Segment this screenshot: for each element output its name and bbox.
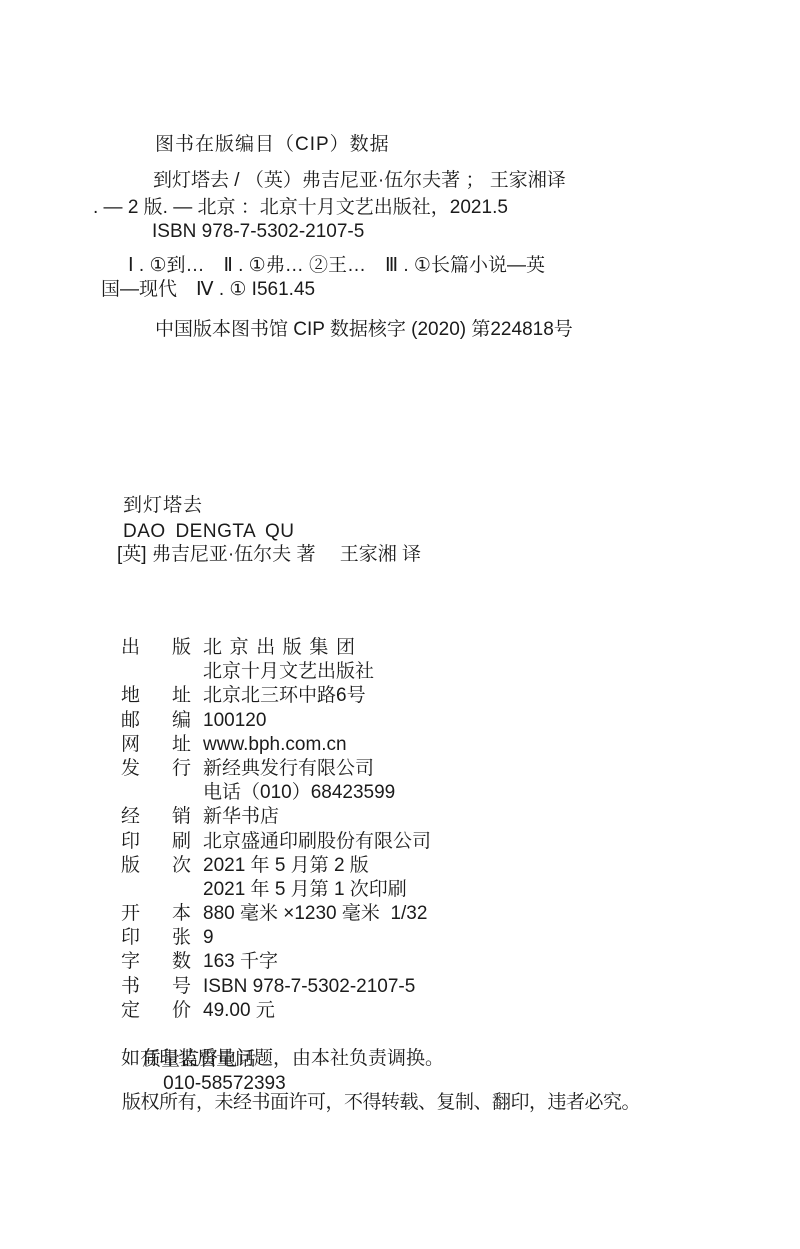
- colophon-value: ISBN 978-7-5302-2107-5: [203, 975, 415, 999]
- colophon-row: 书号 ISBN 978-7-5302-2107-5: [121, 975, 431, 999]
- cip-record-line-2: . — 2 版. — 北京 ：北京十月文艺出版社，2021.5: [93, 196, 508, 220]
- cip-heading: 图书在版编目（CIP）数据: [155, 133, 390, 157]
- colophon-value: 9: [203, 926, 214, 950]
- colophon-value: 新华书店: [203, 805, 279, 829]
- colophon-label: 网址: [121, 733, 191, 757]
- colophon-row: 定价 49.00 元: [121, 999, 431, 1023]
- cip-record-line-1: 到灯塔去 / （英）弗吉尼亚·伍尔夫著 ； 王家湘译: [153, 169, 566, 193]
- colophon-row: 印张 9: [121, 926, 431, 950]
- colophon-label: 开本: [121, 902, 191, 926]
- colophon-value: 880 毫米 ×1230 毫米 1/32: [203, 902, 427, 926]
- colophon-value: 北京北三环中路6号: [203, 684, 366, 708]
- book-title-pinyin: DAO DENGTA QU: [123, 520, 294, 544]
- copyright-notice: 版权所有，未经书面许可，不得转载、复制、翻印，违者必究。: [122, 1091, 640, 1115]
- colophon-value: 北京十月文艺出版社: [203, 660, 374, 684]
- colophon-label: 地址: [121, 684, 191, 708]
- colophon-row: 邮编 100120: [121, 709, 431, 733]
- colophon-label: 发行: [121, 757, 191, 781]
- colophon-row: 电话（010）68423599: [121, 781, 431, 805]
- book-title-cn: 到灯塔去: [123, 494, 203, 518]
- colophon-label: 版次: [121, 854, 191, 878]
- colophon-value: 49.00 元: [203, 999, 275, 1023]
- colophon-value: 100120: [203, 709, 266, 733]
- colophon-value: www.bph.com.cn: [203, 733, 347, 757]
- colophon-value: 电话（010）68423599: [203, 781, 395, 805]
- colophon-value: 163 千字: [203, 950, 278, 974]
- colophon-label: 字数: [121, 950, 191, 974]
- colophon-list: 出版 北京出版集团 北京十月文艺出版社 地址 北京北三环中路6号 邮编 1001…: [121, 636, 431, 1023]
- colophon-row: 印刷 北京盛通印刷股份有限公司: [121, 830, 431, 854]
- colophon-row: 地址 北京北三环中路6号: [121, 684, 431, 708]
- colophon-value: 新经典发行有限公司: [203, 757, 374, 781]
- colophon-label: 印张: [121, 926, 191, 950]
- colophon-value: 北京盛通印刷股份有限公司: [203, 830, 431, 854]
- colophon-label: 经销: [121, 805, 191, 829]
- cip-registry-line: 中国版本图书馆 CIP 数据核字 (2020) 第224818号: [155, 318, 573, 342]
- colophon-label: 邮编: [121, 709, 191, 733]
- colophon-row: 发行 新经典发行有限公司: [121, 757, 431, 781]
- copyright-page: 图书在版编目（CIP）数据 到灯塔去 / （英）弗吉尼亚·伍尔夫著 ； 王家湘译…: [0, 0, 800, 1249]
- colophon-row: 版次 2021 年 5 月第 2 版: [121, 854, 431, 878]
- colophon-label: 定价: [121, 999, 191, 1023]
- colophon-label: 出版: [121, 636, 191, 660]
- cip-isbn-line: ISBN 978-7-5302-2107-5: [152, 220, 364, 244]
- colophon-row: 经销 新华书店: [121, 805, 431, 829]
- colophon-label: 书号: [121, 975, 191, 999]
- colophon-row: 字数 163 千字: [121, 950, 431, 974]
- cip-classification-line-1: Ⅰ . ①到… Ⅱ . ①弗… ②王… Ⅲ . ①长篇小说—英: [128, 254, 545, 278]
- colophon-row: 2021 年 5 月第 1 次印刷: [121, 878, 431, 902]
- colophon-row: 开本 880 毫米 ×1230 毫米 1/32: [121, 902, 431, 926]
- colophon-row: 北京十月文艺出版社: [121, 660, 431, 684]
- colophon-value: 北京出版集团: [203, 636, 363, 660]
- colophon-label: 印刷: [121, 830, 191, 854]
- colophon-value: 2021 年 5 月第 1 次印刷: [203, 878, 407, 902]
- cip-classification-line-2: 国—现代 Ⅳ . ① I561.45: [101, 278, 315, 302]
- book-author-line: [英] 弗吉尼亚·伍尔夫 著 王家湘 译: [117, 543, 421, 567]
- colophon-value: 2021 年 5 月第 2 版: [203, 854, 369, 878]
- colophon-row: 出版 北京出版集团: [121, 636, 431, 660]
- colophon-row: 网址 www.bph.com.cn: [121, 733, 431, 757]
- exchange-notice: 如有印装质量问题，由本社负责调换。: [121, 1047, 444, 1071]
